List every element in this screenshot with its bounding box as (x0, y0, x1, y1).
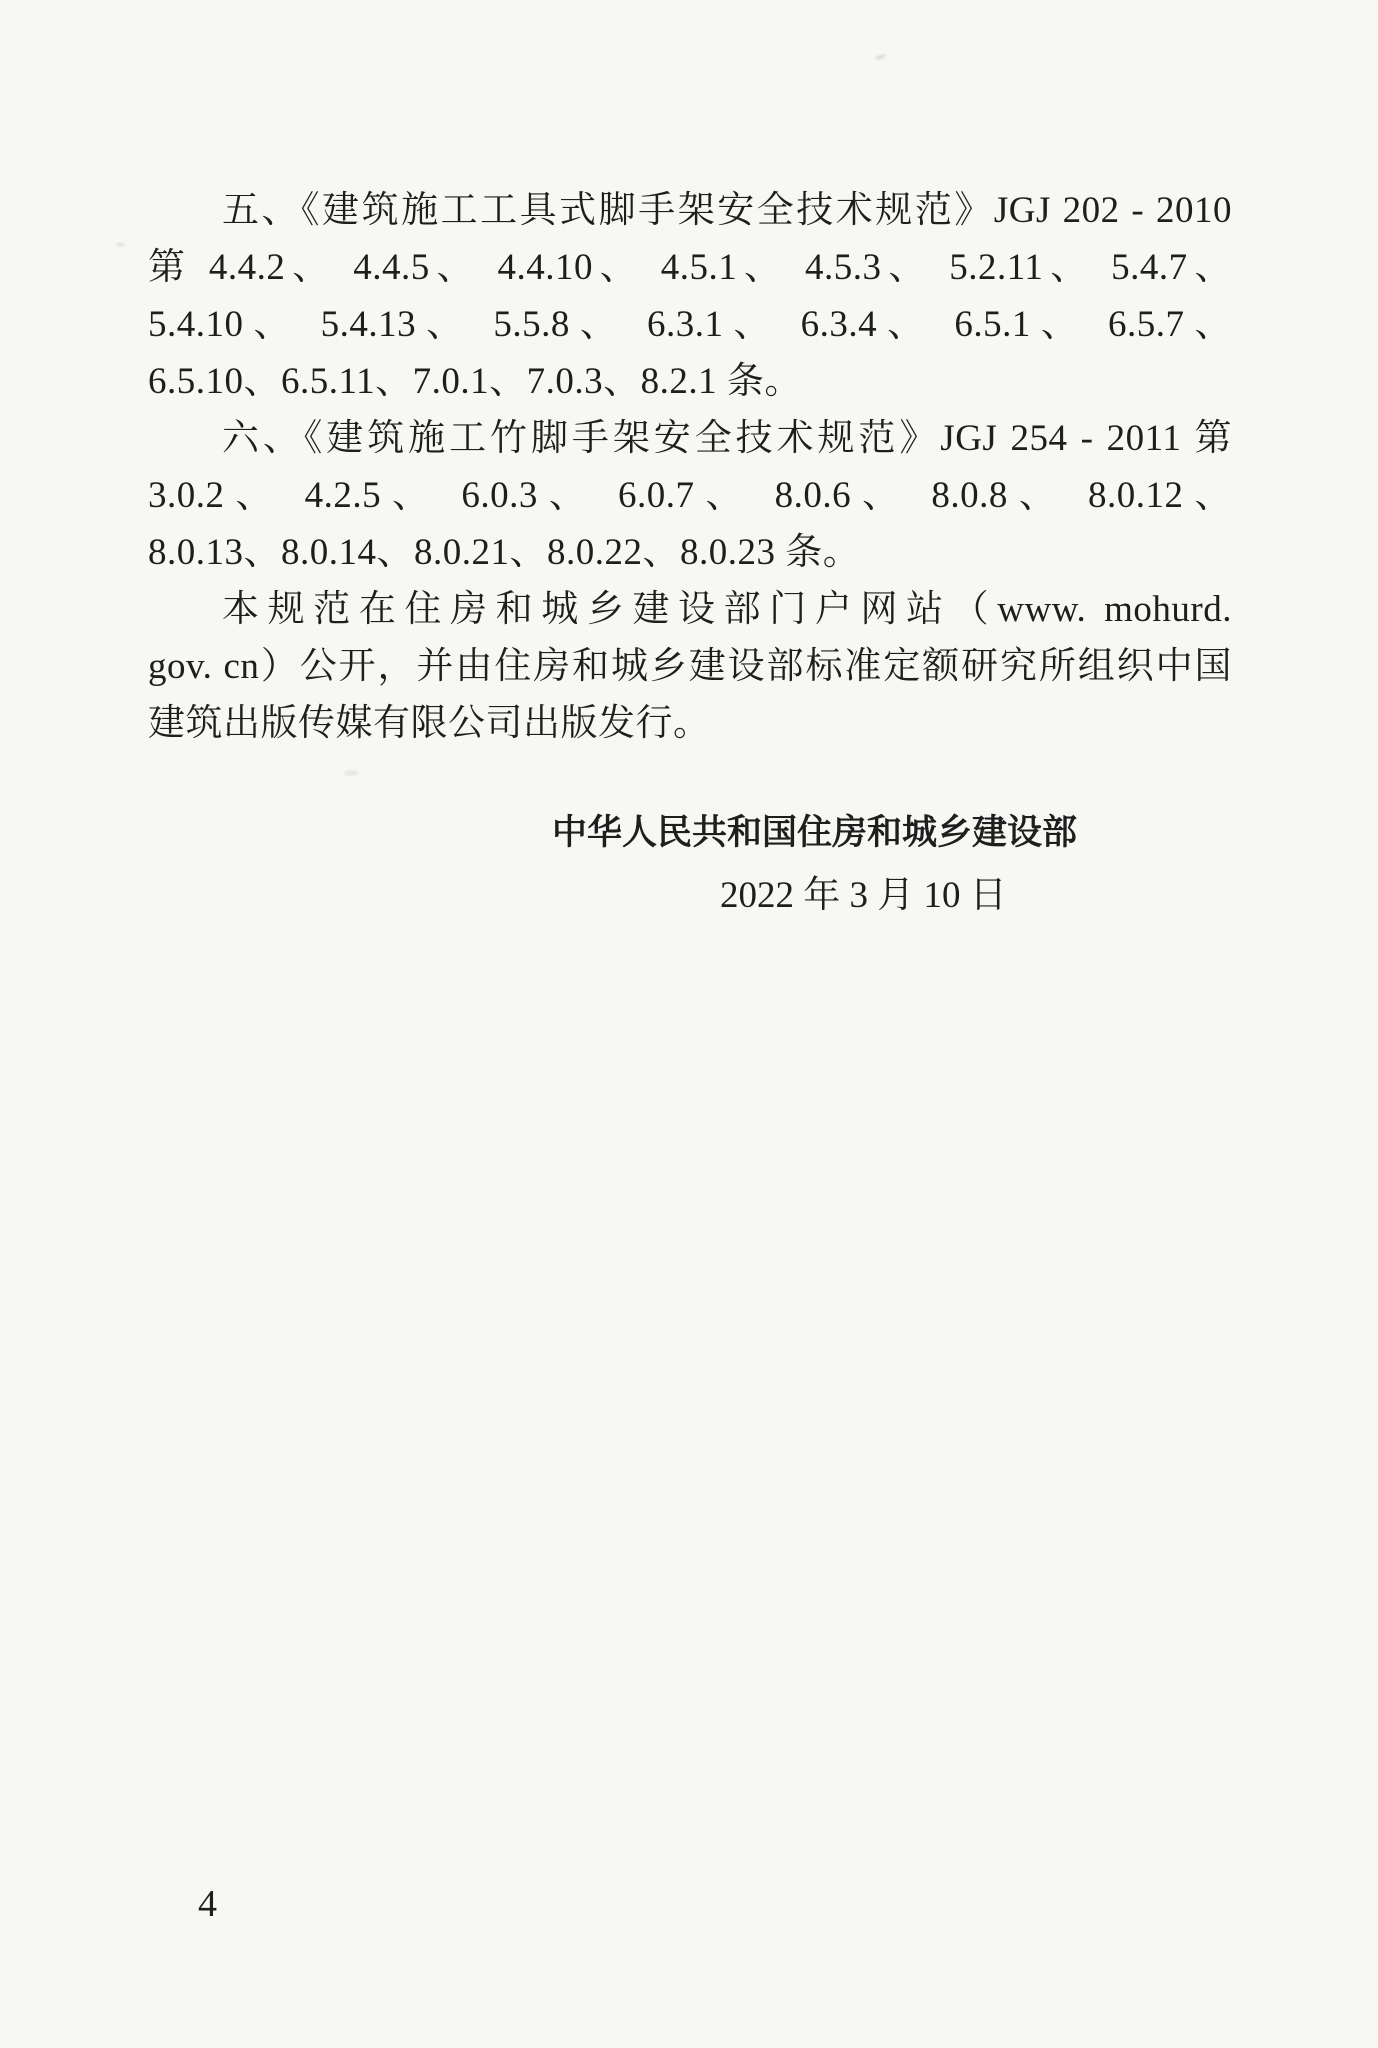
text-line-1: 五、《建筑施工工具式脚手架安全技术规范》JGJ 202 - 2010 (148, 182, 1232, 239)
scan-speck (344, 770, 359, 776)
date-line: 2022 年 3 月 10 日 (720, 864, 1007, 918)
text-line-5: 六、《建筑施工竹脚手架安全技术规范》JGJ 254 - 2011 第 (148, 410, 1232, 467)
text-line-4: 6.5.10、6.5.11、7.0.1、7.0.3、8.2.1 条。 (148, 353, 1232, 410)
text-line-6: 3.0.2、 4.2.5、 6.0.3、 6.0.7、 8.0.6、 8.0.8… (148, 467, 1232, 524)
document-page: 五、《建筑施工工具式脚手架安全技术规范》JGJ 202 - 2010 第 4.4… (0, 0, 1378, 2048)
document-body: 五、《建筑施工工具式脚手架安全技术规范》JGJ 202 - 2010 第 4.4… (148, 182, 1232, 752)
scan-speck (875, 54, 887, 61)
text-line-2: 第 4.4.2、 4.4.5、 4.4.10、 4.5.1、 4.5.3、 5.… (148, 239, 1232, 296)
scan-speck (116, 243, 125, 246)
page-number: 4 (198, 1882, 217, 1926)
signature-line: 中华人民共和国住房和城乡建设部 (552, 805, 1077, 855)
text-line-3: 5.4.10、 5.4.13、 5.5.8、 6.3.1、 6.3.4、 6.5… (148, 296, 1232, 353)
text-line-9: gov. cn）公开，并由住房和城乡建设部标准定额研究所组织中国 (148, 638, 1232, 695)
text-line-10: 建筑出版传媒有限公司出版发行。 (148, 695, 1232, 752)
text-line-8: 本规范在住房和城乡建设部门户网站（www. mohurd. (148, 581, 1232, 638)
text-line-7: 8.0.13、8.0.14、8.0.21、8.0.22、8.0.23 条。 (148, 524, 1232, 581)
